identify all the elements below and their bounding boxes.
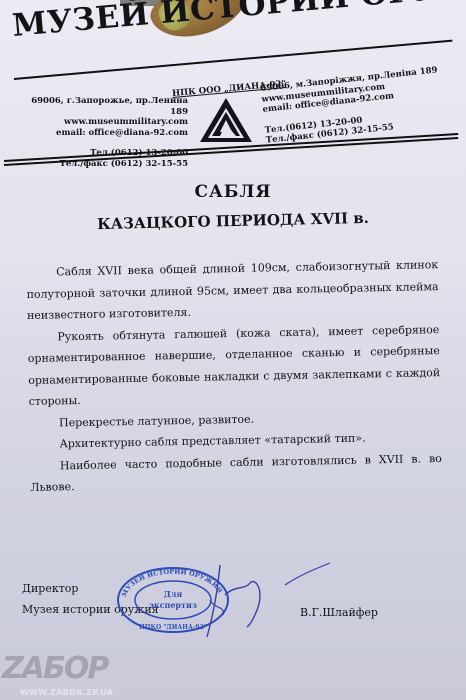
watermark-logo: ZAБOP [2, 651, 122, 686]
left-website: www.museummilitary.com [30, 117, 188, 128]
paragraph-blade: Сабля XVII века общей длиной 109см, слаб… [26, 254, 439, 326]
watermark-url: WWW.ZABOR.ZP.UA [20, 688, 113, 697]
document-title: САБЛЯ [0, 182, 466, 202]
signatory-position: Директор [22, 582, 78, 595]
site-watermark: ZAБOP WWW.ZABOR.ZP.UA [2, 651, 122, 700]
left-address: 69006, г.Запорожье, пр.Ленина 189 [30, 96, 188, 117]
handwritten-signature [195, 555, 335, 640]
document-subtitle: КАЗАЦКОГО ПЕРИОДА XVII в. [0, 207, 466, 236]
document-body: Сабля XVII века общей длиной 109см, слаб… [26, 254, 442, 498]
svg-text:Для: Для [164, 589, 183, 599]
paragraph-grip: Рукоять обтянута галюшей (кожа ската), и… [27, 319, 441, 413]
svg-text:экспертиз: экспертиз [149, 600, 197, 610]
paragraph-origin: Наиболее часто подобные сабли изготовлял… [30, 448, 443, 499]
museum-title: МУЗЕЙ ИСТОРИИ ОРУЖИЯ [11, 0, 452, 44]
left-email: email: office@diana-92.com [30, 128, 188, 139]
triangle-logo-icon [198, 96, 254, 144]
